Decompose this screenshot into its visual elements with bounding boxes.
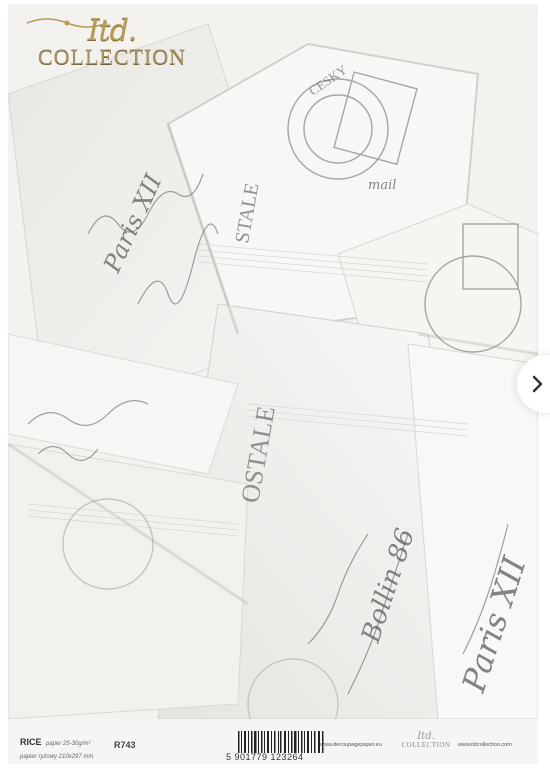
vintage-envelopes-artwork: OSTALE STALE CESKY Paris XII Bollin 86 P… xyxy=(8,4,538,719)
artwork: OSTALE STALE CESKY Paris XII Bollin 86 P… xyxy=(8,4,538,719)
material-info: RICE paper 25-30g/m² papier ryżowy 210x2… xyxy=(20,736,93,762)
barcode-icon xyxy=(238,731,324,753)
brand-name: COLLECTION xyxy=(22,46,202,68)
flourish-icon xyxy=(22,16,112,30)
product-label-strip: RICE paper 25-30g/m² papier ryżowy 210x2… xyxy=(8,719,538,764)
url-itdcollection: www.itdcollection.com xyxy=(458,742,512,748)
svg-text:mail: mail xyxy=(368,178,396,193)
material-name: RICE xyxy=(20,737,42,747)
chevron-right-icon xyxy=(531,374,545,394)
product-code: R743 xyxy=(114,740,136,750)
material-spec: paper 25-30g/m² xyxy=(46,741,90,747)
footer-brand-name: COLLECTION xyxy=(396,741,456,749)
url-decoupage: www.decoupagepaper.eu xyxy=(320,742,382,748)
brand-logo: Itd. COLLECTION xyxy=(22,16,202,86)
material-spec-pl: papier ryżowy 210x297 mm xyxy=(20,754,93,760)
footer-brand-logo: Itd. COLLECTION xyxy=(396,732,456,749)
barcode-number: 5 901779 123264 xyxy=(226,752,304,762)
footer-brand-mark: Itd. xyxy=(396,732,456,741)
product-image: OSTALE STALE CESKY Paris XII Bollin 86 P… xyxy=(8,4,538,764)
